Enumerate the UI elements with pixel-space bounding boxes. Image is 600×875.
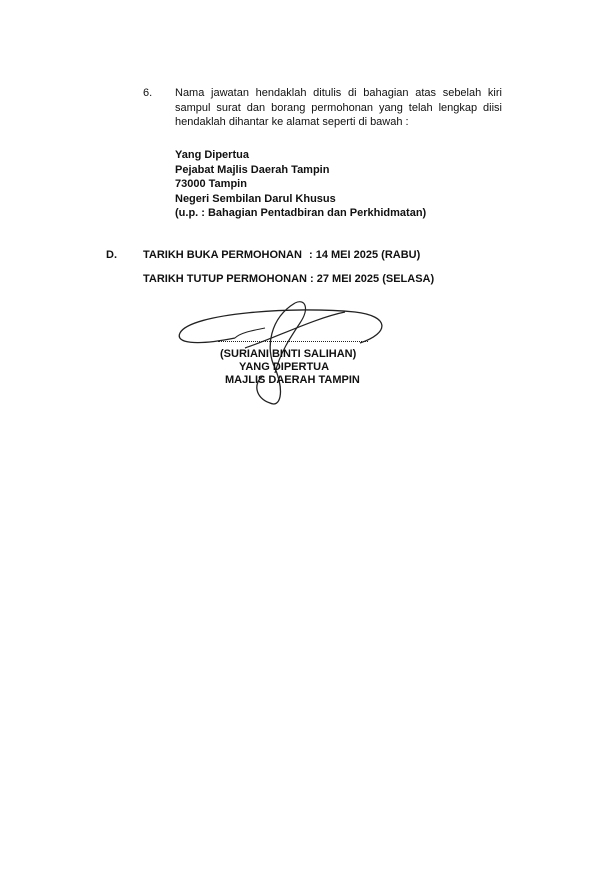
- item-number: 6.: [143, 87, 152, 99]
- open-date-value: : 14 MEI 2025 (RABU): [309, 249, 420, 261]
- document-page: 6. Nama jawatan hendaklah ditulis di bah…: [0, 0, 600, 875]
- signatory-organization: MAJLIS DAERAH TAMPIN: [225, 374, 360, 386]
- signature-block: (SURIANI BINTI SALIHAN) YANG DIPERTUA MA…: [175, 298, 405, 418]
- mailing-address: Yang Dipertua Pejabat Majlis Daerah Tamp…: [175, 148, 426, 221]
- address-line: Negeri Sembilan Darul Khusus: [175, 192, 426, 207]
- address-line: Pejabat Majlis Daerah Tampin: [175, 163, 426, 178]
- close-date-row: TARIKH TUTUP PERMOHONAN : 27 MEI 2025 (S…: [143, 273, 434, 285]
- section-label: D.: [106, 249, 117, 261]
- item-paragraph: Nama jawatan hendaklah ditulis di bahagi…: [175, 86, 502, 130]
- signatory-name: (SURIANI BINTI SALIHAN): [220, 348, 356, 360]
- address-line: 73000 Tampin: [175, 177, 426, 192]
- address-line: Yang Dipertua: [175, 148, 426, 163]
- open-date-label: TARIKH BUKA PERMOHONAN: [143, 249, 309, 261]
- close-date-label: TARIKH TUTUP PERMOHONAN: [143, 273, 307, 285]
- signatory-title: YANG DIPERTUA: [239, 361, 329, 373]
- close-date-value: : 27 MEI 2025 (SELASA): [310, 273, 434, 285]
- signature-line: [218, 341, 368, 342]
- address-line: (u.p. : Bahagian Pentadbiran dan Perkhid…: [175, 206, 426, 221]
- open-date-row: TARIKH BUKA PERMOHONAN: 14 MEI 2025 (RAB…: [143, 249, 420, 261]
